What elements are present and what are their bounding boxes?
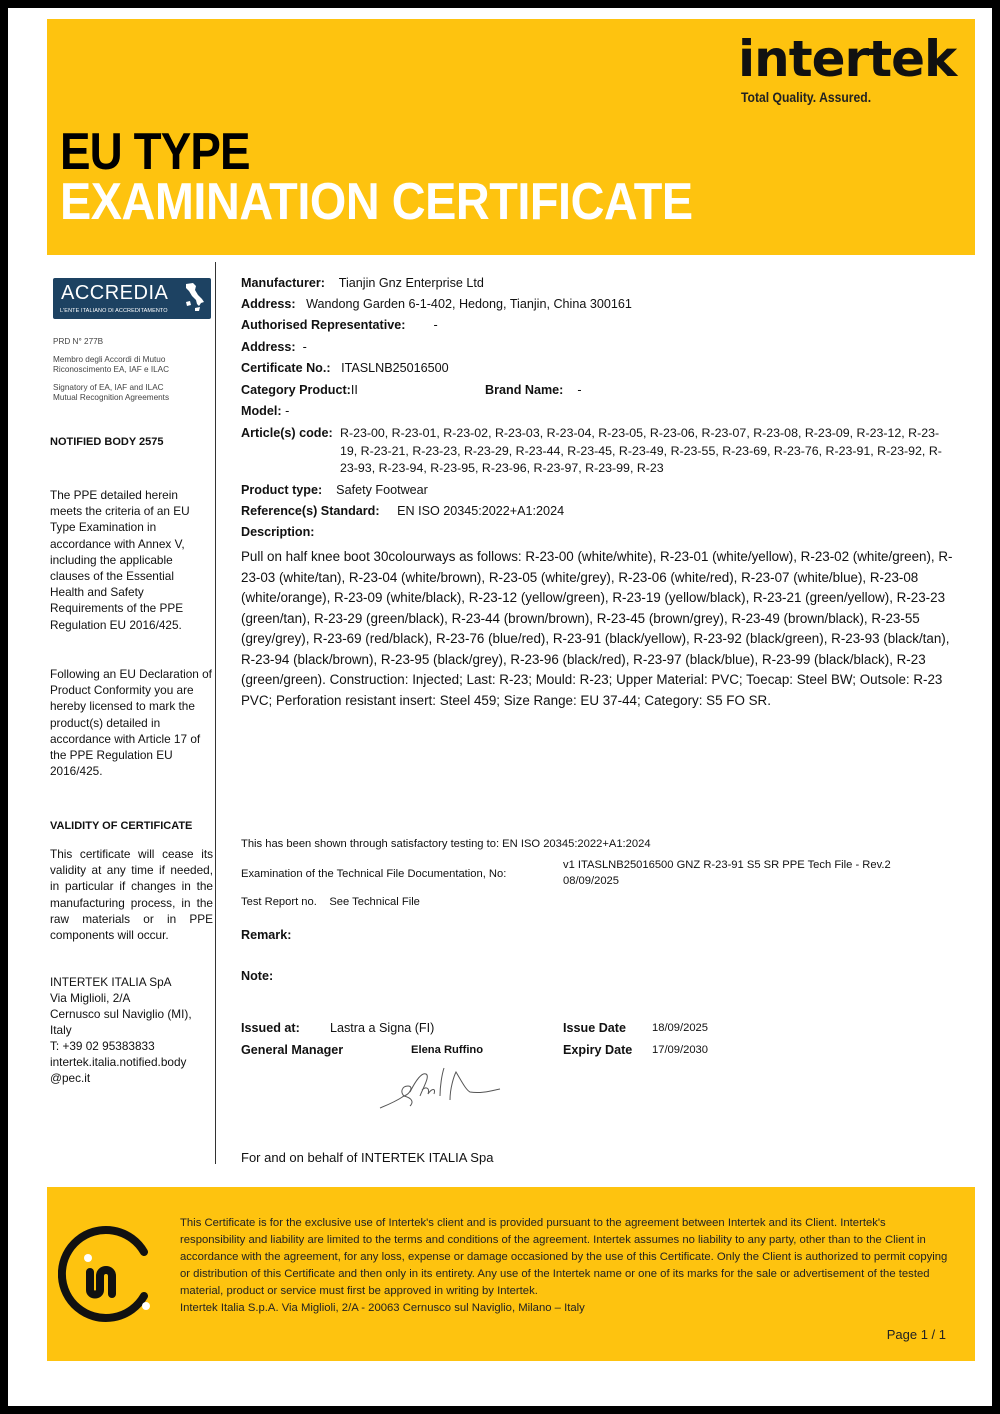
expiry-date-value: 17/09/2030	[652, 1042, 708, 1058]
membership-it-2: Riconoscimento EA, IAF e ILAC	[53, 365, 169, 375]
auth-rep-label: Authorised Representative:	[241, 318, 405, 332]
logo-tagline: Total Quality. Assured.	[741, 90, 871, 105]
membership-en-2: Mutual Recognition Agreements	[53, 393, 169, 403]
tech-file-line-2: 08/09/2025	[563, 873, 619, 889]
issued-at-value: Lastra a Signa (FI)	[330, 1020, 434, 1036]
expiry-date-label: Expiry Date	[563, 1042, 632, 1058]
intertek-in-logo-icon	[58, 1214, 158, 1334]
membership-it-1: Membro degli Accordi di Mutuo	[53, 355, 165, 365]
address-row: Address: Wandong Garden 6-1-402, Hedong,…	[241, 296, 632, 312]
manufacturer-label: Manufacturer:	[241, 276, 325, 290]
standard-label: Reference(s) Standard:	[241, 504, 380, 518]
nb-city: Cernusco sul Naviglio (MI),	[50, 1006, 215, 1022]
gm-label: General Manager	[241, 1042, 343, 1058]
standard-value: EN ISO 20345:2022+A1:2024	[397, 504, 564, 518]
footer-disclaimer: This Certificate is for the exclusive us…	[180, 1215, 950, 1317]
ppe-statement: The PPE detailed herein meets the criter…	[50, 487, 210, 633]
articles-list: R-23-00, R-23-01, R-23-02, R-23-03, R-23…	[340, 425, 955, 478]
prd-number: PRD N° 277B	[53, 337, 103, 347]
model-label: Model:	[241, 404, 282, 418]
issue-date-label: Issue Date	[563, 1020, 626, 1036]
note-label: Note:	[241, 968, 273, 984]
product-type-label: Product type:	[241, 483, 322, 497]
model-value: -	[285, 404, 289, 418]
nb-country: Italy	[50, 1022, 215, 1038]
description-text: Pull on half knee boot 30colourways as f…	[241, 547, 956, 711]
brand-value: -	[577, 383, 581, 397]
membership-en-1: Signatory of EA, IAF and ILAC	[53, 383, 164, 393]
nb-company: INTERTEK ITALIA SpA	[50, 974, 215, 990]
page-number: Page 1 / 1	[887, 1327, 946, 1342]
auth-rep-address-value: -	[303, 340, 307, 354]
validity-text: This certificate will cease its validity…	[50, 846, 213, 943]
signature-image	[370, 1056, 520, 1116]
tech-file-label: Examination of the Technical File Docume…	[241, 866, 506, 882]
auth-rep-row: Authorised Representative: -	[241, 317, 438, 333]
testing-statement: This has been shown through satisfactory…	[241, 836, 651, 852]
certificate-no-value: ITASLNB25016500	[341, 361, 449, 375]
description-label: Description:	[241, 525, 314, 539]
tech-file-line-1: v1 ITASLNB25016500 GNZ R-23-91 S5 SR PPE…	[563, 857, 891, 873]
issued-at-label: Issued at:	[241, 1020, 300, 1036]
nb-street: Via Miglioli, 2/A	[50, 990, 215, 1006]
standard-row: Reference(s) Standard: EN ISO 20345:2022…	[241, 503, 564, 519]
declaration-statement: Following an EU Declaration of Product C…	[50, 666, 212, 779]
test-report-row: Test Report no. See Technical File	[241, 894, 420, 910]
notified-body: NOTIFIED BODY 2575	[50, 436, 164, 448]
auth-rep-address-row: Address: -	[241, 339, 307, 355]
nb-phone: T: +39 02 95383833	[50, 1038, 215, 1054]
address-label: Address:	[241, 297, 296, 311]
auth-rep-address-label: Address:	[241, 340, 296, 354]
product-type-row: Product type: Safety Footwear	[241, 482, 428, 498]
articles-label-row: Article(s) code:	[241, 425, 333, 441]
product-type-value: Safety Footwear	[336, 483, 428, 497]
articles-label: Article(s) code:	[241, 426, 333, 440]
category-label: Category Product:	[241, 383, 351, 397]
certificate-no-label: Certificate No.:	[241, 361, 331, 375]
address-value: Wandong Garden 6-1-402, Hedong, Tianjin,…	[306, 297, 632, 311]
intertek-logo: intertek	[738, 30, 956, 88]
title-line-2: EXAMINATION CERTIFICATE	[60, 172, 693, 232]
accredia-logo: ACCREDIA L'ENTE ITALIANO DI ACCREDITAMEN…	[53, 278, 211, 319]
category-row: Category Product:II	[241, 382, 358, 398]
italy-map-icon	[183, 282, 205, 314]
disclaimer-text: This Certificate is for the exclusive us…	[180, 1215, 950, 1300]
model-row: Model: -	[241, 403, 289, 419]
manufacturer-row: Manufacturer: Tianjin Gnz Enterprise Ltd	[241, 275, 484, 291]
on-behalf-text: For and on behalf of INTERTEK ITALIA Spa	[241, 1150, 493, 1166]
nb-email-2: @pec.it	[50, 1070, 215, 1086]
accredia-name: ACCREDIA	[61, 282, 168, 305]
validity-heading: VALIDITY OF CERTIFICATE	[50, 820, 192, 832]
sidebar-divider	[215, 262, 216, 1164]
certificate-no-row: Certificate No.: ITASLNB25016500	[241, 360, 449, 376]
description-label-row: Description:	[241, 524, 314, 540]
brand-label: Brand Name:	[485, 383, 563, 397]
issue-date-value: 18/09/2025	[652, 1020, 708, 1036]
brand-row: Brand Name: -	[485, 382, 582, 398]
remark-label: Remark:	[241, 927, 291, 943]
nb-email-1: intertek.italia.notified.body	[50, 1054, 215, 1070]
test-report-value: See Technical File	[329, 896, 420, 908]
test-report-label: Test Report no.	[241, 896, 317, 908]
category-value: II	[351, 383, 358, 397]
accredia-subtitle: L'ENTE ITALIANO DI ACCREDITAMENTO	[60, 308, 168, 314]
manufacturer-value: Tianjin Gnz Enterprise Ltd	[339, 276, 484, 290]
auth-rep-value: -	[433, 318, 437, 332]
footer-company-address: Intertek Italia S.p.A. Via Miglioli, 2/A…	[180, 1300, 950, 1317]
